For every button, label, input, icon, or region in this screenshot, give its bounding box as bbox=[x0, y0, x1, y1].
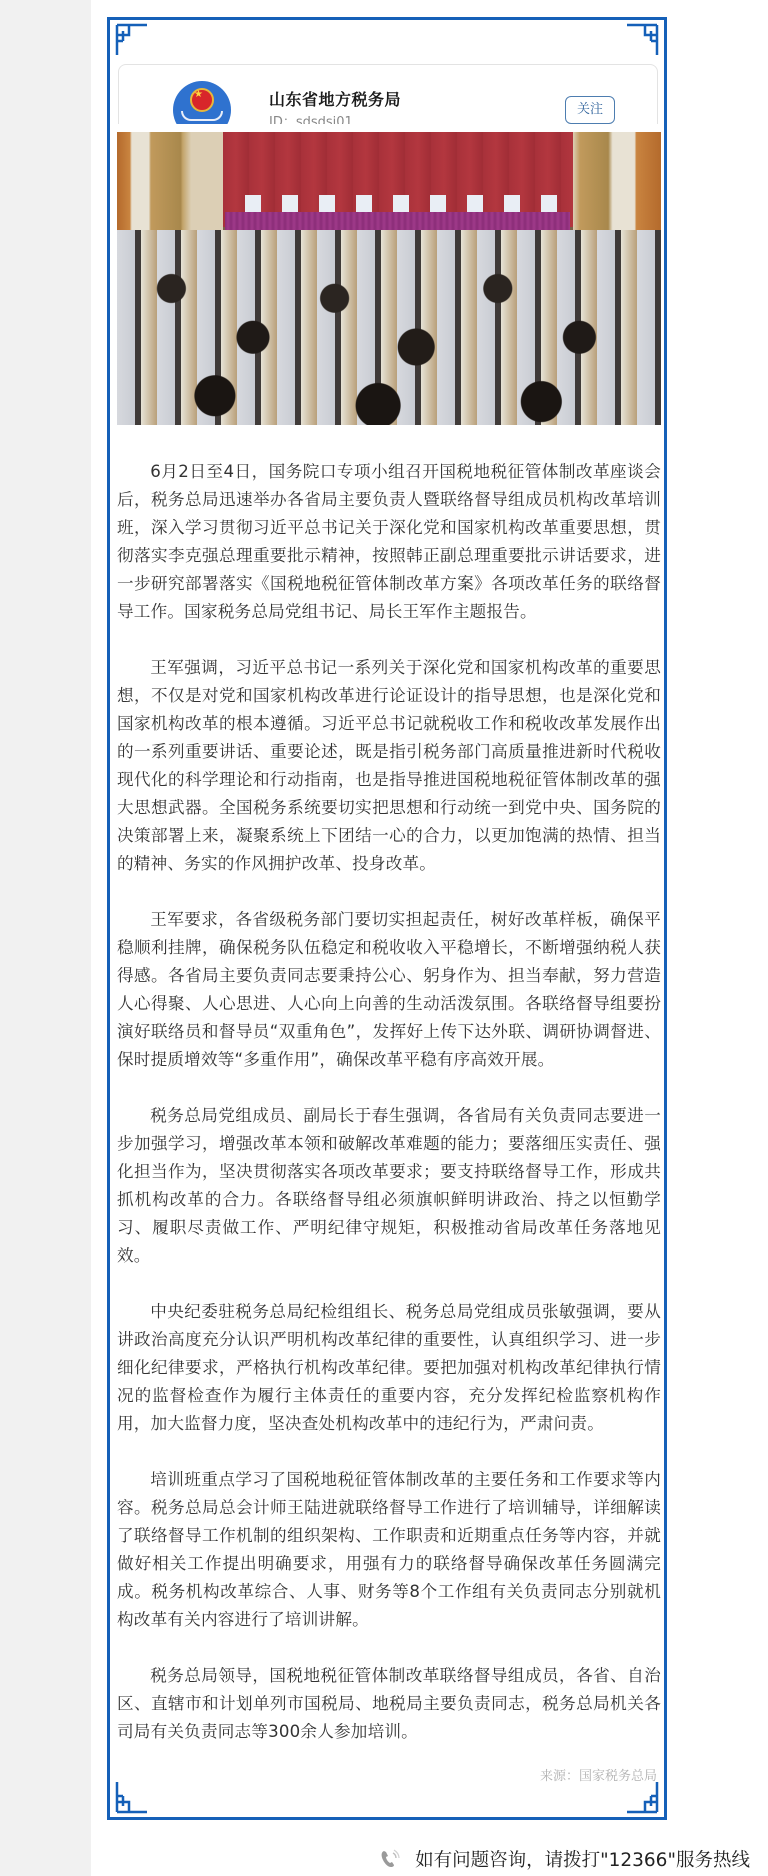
corner-ornament-icon bbox=[115, 23, 149, 57]
paragraph: 税务总局党组成员、副局长于春生强调，各省局有关负责同志要进一步加强学习，增强改革… bbox=[117, 1102, 661, 1270]
hotline-text: 如有问题咨询，请拨打"12366"服务热线 bbox=[415, 1846, 750, 1872]
paragraph: 培训班重点学习了国税地税征管体制改革的主要任务和工作要求等内容。税务总局总会计师… bbox=[117, 1466, 661, 1634]
paragraph: 王军要求，各省级税务部门要切实担起责任，树好改革样板，确保平稳顺利挂牌，确保税务… bbox=[117, 906, 661, 1074]
source-credit: 来源：国家税务总局 bbox=[540, 1765, 657, 1784]
account-id: ID：sdsdsj01 bbox=[269, 111, 353, 124]
conference-photo bbox=[117, 132, 661, 425]
corner-ornament-icon bbox=[625, 23, 659, 57]
corner-ornament-icon bbox=[625, 1780, 659, 1814]
phone-icon bbox=[378, 1848, 400, 1870]
follow-button[interactable]: 关注 bbox=[565, 96, 615, 124]
paragraph: 税务总局领导，国税地税征管体制改革联络督导组成员，各省、自治区、直辖市和计划单列… bbox=[117, 1662, 661, 1746]
article-frame: ★ 山东省地方税务局 ID：sdsdsj01 关注 6月2日至4日，国务院口专项… bbox=[107, 17, 667, 1820]
paragraph: 6月2日至4日，国务院口专项小组召开国税地税征管体制改革座谈会后，税务总局迅速举… bbox=[117, 458, 661, 626]
article-body: 6月2日至4日，国务院口专项小组召开国税地税征管体制改革座谈会后，税务总局迅速举… bbox=[117, 458, 661, 1774]
account-card[interactable]: ★ 山东省地方税务局 ID：sdsdsj01 关注 bbox=[118, 64, 658, 124]
left-gutter bbox=[0, 0, 91, 1876]
account-name: 山东省地方税务局 bbox=[269, 87, 401, 110]
tax-emblem-icon: ★ bbox=[173, 81, 231, 124]
corner-ornament-icon bbox=[115, 1780, 149, 1814]
paragraph: 王军强调，习近平总书记一系列关于深化党和国家机构改革的重要思想，不仅是对党和国家… bbox=[117, 654, 661, 878]
paragraph: 中央纪委驻税务总局纪检组组长、税务总局党组成员张敏强调，要从讲政治高度充分认识严… bbox=[117, 1298, 661, 1438]
hotline-banner: 如有问题咨询，请拨打"12366"服务热线 bbox=[378, 1846, 750, 1872]
